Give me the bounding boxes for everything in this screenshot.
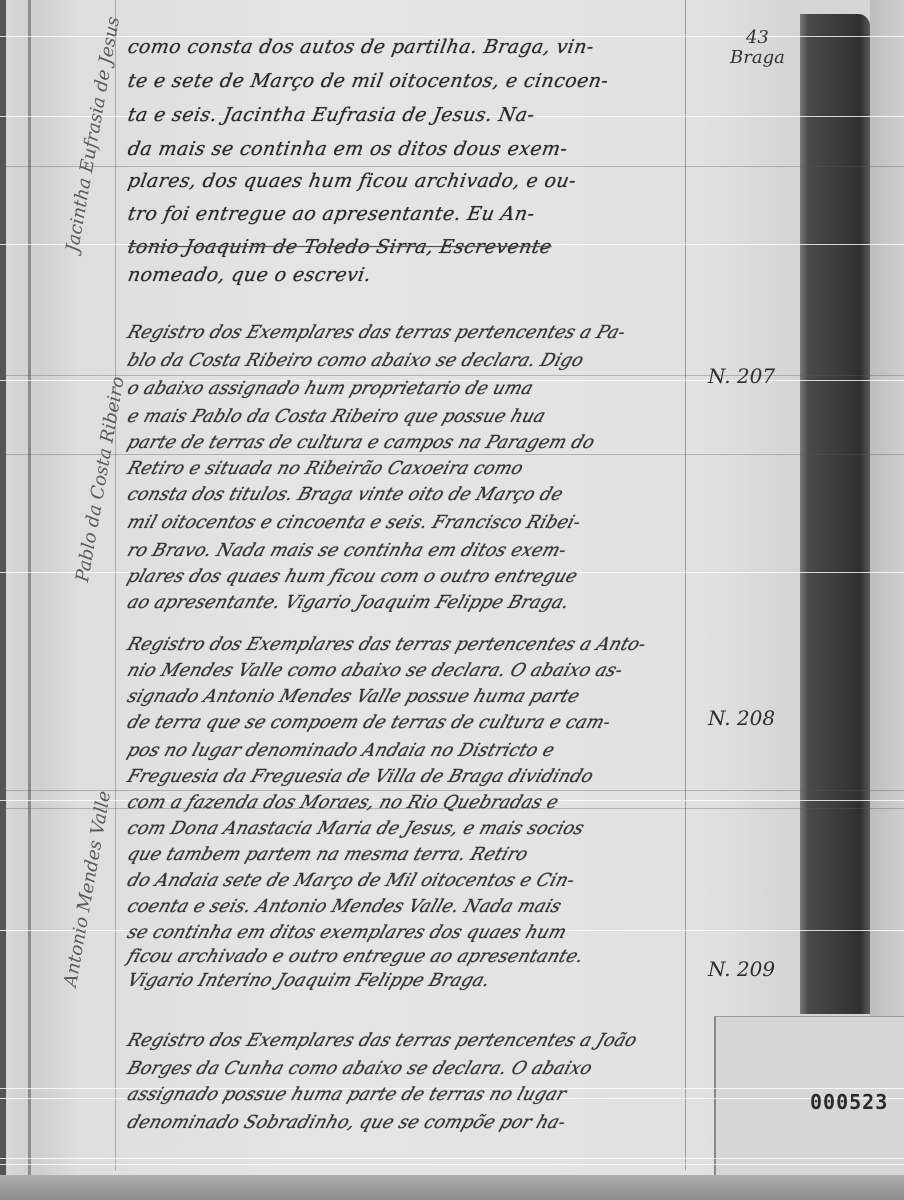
- text-line: Registro dos Exemplares das terras perte…: [125, 1030, 681, 1051]
- margin-name-entry-208: Antonio Mendes Valle: [60, 789, 115, 988]
- text-line: pos no lugar denominado Andaia no Distri…: [125, 740, 681, 761]
- text-line: blo da Costa Ribeiro como abaixo se decl…: [125, 350, 681, 371]
- text-line: te e sete de Março de mil oitocentos, e …: [126, 70, 690, 92]
- text-line: Registro dos Exemplares das terras perte…: [125, 322, 681, 343]
- entry-number-209: N. 209: [708, 957, 775, 981]
- text-line: Freguesia da Freguesia de Villa de Braga…: [125, 766, 681, 787]
- scan-line: [0, 454, 904, 455]
- text-line: nomeado, que o escrevi.: [126, 264, 690, 286]
- book-binding-left: [0, 0, 6, 1200]
- text-line: da mais se continha em os ditos dous exe…: [126, 138, 690, 160]
- text-line: e mais Pablo da Costa Ribeiro que possue…: [125, 406, 681, 427]
- text-line: que tambem partem na mesma terra. Retiro: [125, 844, 681, 865]
- folio-number: 43 Braga: [730, 28, 785, 68]
- text-line: com a fazenda dos Moraes, no Rio Quebrad…: [125, 792, 681, 813]
- book-edge-shadow: [800, 14, 870, 1014]
- text-line: de terra que se compoem de terras de cul…: [125, 712, 681, 733]
- entry-number-207: N. 207: [708, 364, 775, 388]
- margin-name-entry-207: Pablo da Costa Ribeiro: [72, 375, 129, 584]
- text-line: ao apresentante. Vigario Joaquim Felippe…: [125, 592, 681, 613]
- text-line: com Dona Anastacia Maria de Jesus, e mai…: [125, 818, 681, 839]
- text-line: assignado possue huma parte de terras no…: [125, 1084, 681, 1105]
- folio-page-number: 43: [730, 28, 785, 48]
- text-line: Borges da Cunha como abaixo se declara. …: [125, 1058, 681, 1079]
- text-line: Registro dos Exemplares das terras perte…: [125, 634, 681, 655]
- text-line: ro Bravo. Nada mais se continha em ditos…: [125, 540, 681, 561]
- text-line: denominado Sobradinho, que se compõe por…: [125, 1112, 681, 1133]
- text-line: Retiro e situada no Ribeirão Caxoeira co…: [125, 458, 681, 479]
- text-line: coenta e seis. Antonio Mendes Valle. Nad…: [125, 896, 681, 917]
- text-line: o abaixo assignado hum proprietario de u…: [125, 378, 681, 399]
- gutter-line: [28, 0, 31, 1200]
- text-line: como consta dos autos de partilha. Braga…: [126, 36, 690, 58]
- text-line: do Andaia sete de Março de Mil oitocento…: [125, 870, 681, 891]
- text-line: nio Mendes Valle como abaixo se declara.…: [125, 660, 681, 681]
- text-line: mil oitocentos e cincoenta e seis. Franc…: [125, 512, 681, 533]
- text-line: plares dos quaes hum ficou com o outro e…: [125, 566, 681, 587]
- text-line: signado Antonio Mendes Valle possue huma…: [125, 686, 681, 707]
- text-line: tonio Joaquim de Toledo Sirra, Escrevent…: [126, 236, 690, 258]
- scan-line: [0, 166, 904, 167]
- page-bottom-edge: [0, 1175, 904, 1200]
- text-line: plares, dos quaes hum ficou archivado, e…: [126, 170, 690, 192]
- text-line: ficou archivado e outro entregue ao apre…: [125, 946, 681, 967]
- text-line: tro foi entregue ao apresentante. Eu An-: [126, 203, 690, 225]
- text-line: parte de terras de cultura e campos na P…: [125, 432, 681, 453]
- entry-number-208: N. 208: [708, 706, 775, 730]
- left-margin-rule: [115, 0, 116, 1170]
- scan-line: [0, 1164, 904, 1165]
- text-line: Vigario Interino Joaquim Felippe Braga.: [125, 970, 681, 991]
- scan-line: [0, 1158, 904, 1159]
- scan-line: [0, 790, 904, 791]
- text-line: consta dos titulos. Braga vinte oito de …: [125, 484, 681, 505]
- text-line: se continha em ditos exemplares dos quae…: [125, 922, 681, 943]
- archive-stamp-number: 000523: [810, 1090, 888, 1114]
- scanned-ledger-page: 43 Braga Jacintha Eufrasia de Jesus Pabl…: [0, 0, 904, 1200]
- text-line: ta e seis. Jacintha Eufrasia de Jesus. N…: [126, 104, 690, 126]
- folio-place-label: Braga: [730, 48, 785, 68]
